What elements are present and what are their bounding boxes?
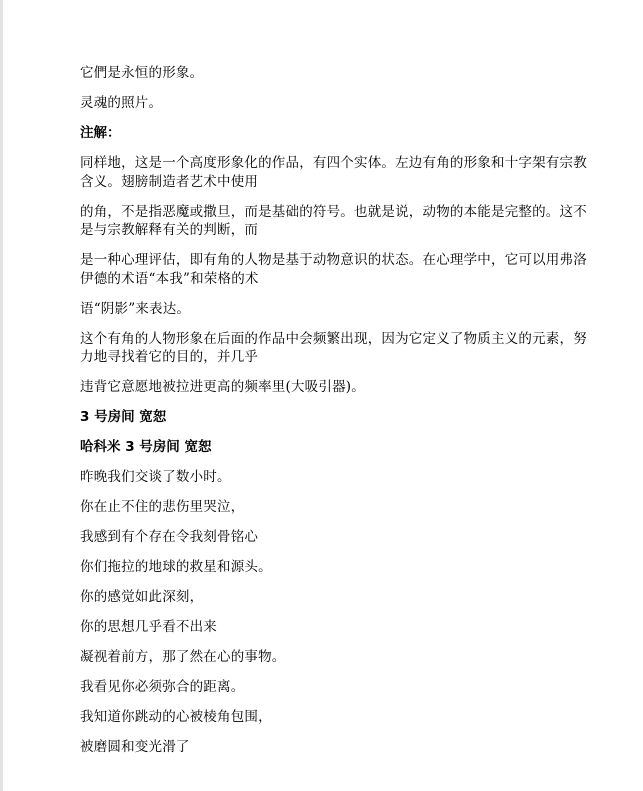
paragraph-notes-1: 同样地，这是一个高度形象化的作品，有四个实体。左边有角的形象和十字架有宗教含义。… [80,154,600,191]
paragraph-notes-5: 这个有角的人物形象在后面的作品中会频繁出现，因为它定义了物质主义的元素，努力地寻… [80,330,600,367]
poem-line-7: 凝视着前方，那了然在心的事物。 [80,648,600,667]
heading-room-3: 3 号房间 宽恕 [80,408,600,427]
poem-line-8: 我看见你必须弥合的距离。 [80,678,600,697]
poem-line-1: 昨晚我们交谈了数小时。 [80,468,600,487]
document-page: 它們是永恒的形象。 灵魂的照片。 注解： 同样地，这是一个高度形象化的作品，有四… [80,64,600,768]
poem-line-2: 你在止不住的悲伤里哭泣， [80,498,600,517]
heading-hakomi-room-3: 哈科米 3 号房间 宽恕 [80,438,600,457]
poem-line-3: 我感到有个存在令我刻骨铭心 [80,528,600,547]
poem-line-10: 被磨圆和变光滑了 [80,738,600,757]
paragraph-notes-4: 语“阴影”来表达。 [80,300,600,319]
poem-line-9: 我知道你跳动的心被棱角包围， [80,708,600,727]
paragraph-soul-photo: 灵魂的照片。 [80,94,600,113]
heading-notes: 注解： [80,124,600,143]
paragraph-notes-6: 违背它意愿地被拉进更高的频率里(大吸引器)。 [80,378,600,397]
poem-line-4: 你们拖拉的地球的救星和源头。 [80,558,600,577]
paragraph-eternal-images: 它們是永恒的形象。 [80,64,600,83]
poem-line-6: 你的思想几乎看不出来 [80,618,600,637]
paragraph-notes-2: 的角，不是指恶魔或撒旦，而是基础的符号。也就是说，动物的本能是完整的。这不是与宗… [80,203,600,240]
paragraph-notes-3: 是一种心理评估，即有角的人物是基于动物意识的状态。在心理学中，它可以用弗洛伊德的… [80,251,600,288]
page-left-edge [0,0,3,791]
poem-line-5: 你的感觉如此深刻， [80,588,600,607]
